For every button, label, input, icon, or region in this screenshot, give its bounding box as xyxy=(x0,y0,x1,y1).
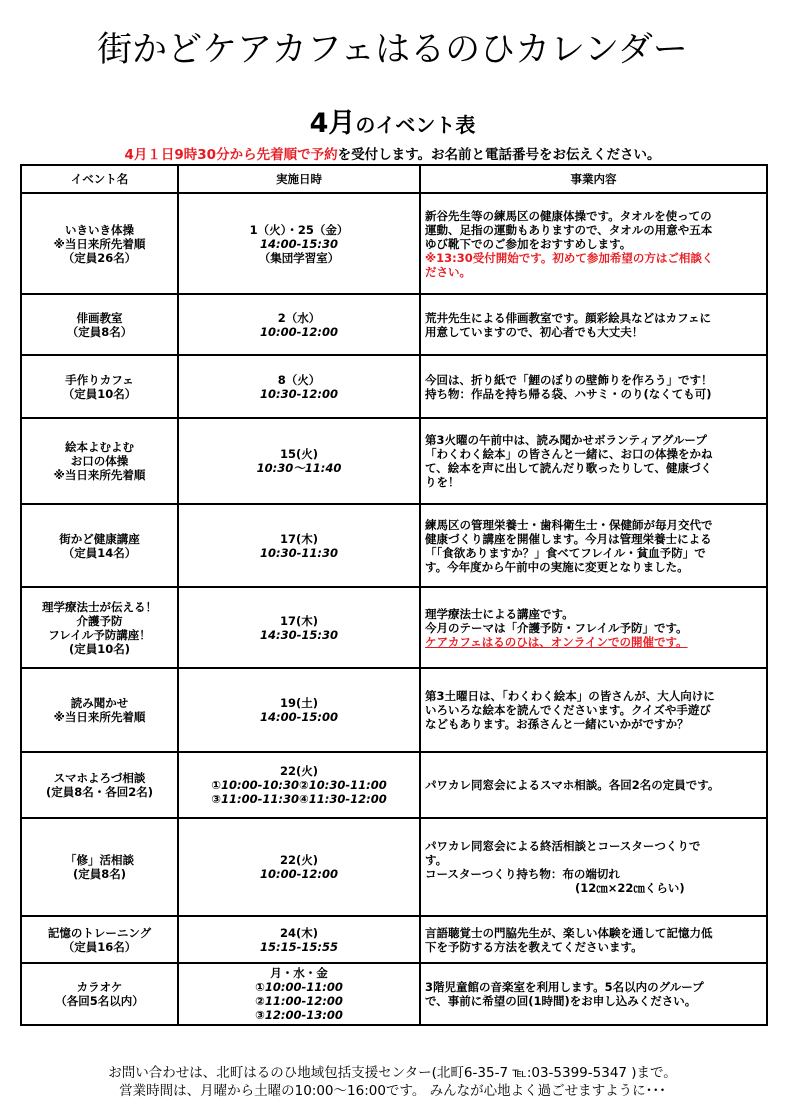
event-name: 絵本よむよむ xyxy=(26,440,173,454)
event-datetime-cell: 月・水・金 ①10:00-11:00 ②11:00-12:00 ③12:00-1… xyxy=(178,963,420,1025)
event-datetime-cell: 17(木) 10:30-11:30 xyxy=(178,504,420,587)
event-capacity: (定員10名) xyxy=(26,642,173,656)
event-name-cell: 記憶のトレーニング （定員16名） xyxy=(21,916,178,963)
event-name-cell: スマホよろづ相談 (定員8名・各回2名) xyxy=(21,752,178,818)
event-note: ※当日来所先着順 xyxy=(26,468,173,482)
column-header-event-name: イベント名 xyxy=(21,165,178,193)
event-datetime-cell: 17(木) 14:30-15:30 xyxy=(178,587,420,668)
event-capacity: (定員8名) xyxy=(26,867,173,881)
description-line: 理学療法士による講座です。 xyxy=(425,607,762,621)
description-line: いろいろな絵本を読んでくださいます。クイズや手遊び xyxy=(425,703,762,717)
table-row: 手作りカフェ （定員10名） 8（火） 10:30-12:00 今回は、折り紙で… xyxy=(21,355,767,418)
event-date: 22(火) xyxy=(183,764,415,778)
event-table-label: のイベント表 xyxy=(355,113,475,137)
event-time-slots: ①10:00-10:30②10:30-11:00 xyxy=(183,778,415,792)
event-date: 19(土) xyxy=(183,696,415,710)
event-capacity: (定員8名・各回2名) xyxy=(26,785,173,799)
description-line: パワカレ同窓会によるスマホ相談。各回2名の定員です。 xyxy=(425,778,762,792)
column-header-datetime: 実施日時 xyxy=(178,165,420,193)
event-name: 俳画教室 xyxy=(26,311,173,325)
event-description-cell: 3階児童館の音楽室を利用します。5名以内のグループ で、事前に希望の回(1時間)… xyxy=(420,963,767,1025)
event-date: 22(火) xyxy=(183,853,415,867)
reservation-notice-text: を受付します。お名前と電話番号をお伝えください。 xyxy=(338,147,661,163)
event-name: 理学療法士が伝える！ xyxy=(26,600,173,614)
event-time-slot: ①10:00-11:00 xyxy=(183,980,415,994)
description-line: す。 xyxy=(425,853,762,867)
table-row: スマホよろづ相談 (定員8名・各回2名) 22(火) ①10:00-10:30②… xyxy=(21,752,767,818)
event-capacity: （定員8名） xyxy=(26,325,173,339)
event-time-slots: ③11:00-11:30④11:30-12:00 xyxy=(183,792,415,806)
event-time: 10:30-11:30 xyxy=(183,546,415,560)
event-table: イベント名 実施日時 事業内容 いきいき体操 ※当日来所先着順 （定員26名） … xyxy=(20,164,768,1026)
event-name-cell: 街かど健康講座 （定員14名） xyxy=(21,504,178,587)
description-line: ゆび靴下でのご参加をおすすめします。 xyxy=(425,237,762,251)
event-time: 15:15-15:55 xyxy=(183,940,415,954)
event-name: 介護予防 xyxy=(26,614,173,628)
description-line: などもあります。お孫さんと一緒にいかがですか？ xyxy=(425,717,762,731)
event-time: 10:30～11:40 xyxy=(183,461,415,475)
table-row: カラオケ （各回5名以内） 月・水・金 ①10:00-11:00 ②11:00-… xyxy=(21,963,767,1025)
event-date: 1（火）・25（金） xyxy=(183,223,415,237)
description-line: 言語聴覚士の門脇先生が、楽しい体験を通して記憶力低 xyxy=(425,926,762,940)
table-row: 俳画教室 （定員8名） 2（水） 10:00-12:00 荒井先生による俳画教室… xyxy=(21,294,767,355)
event-name: スマホよろづ相談 xyxy=(26,771,173,785)
table-row: いきいき体操 ※当日来所先着順 （定員26名） 1（火）・25（金） 14:00… xyxy=(21,193,767,294)
description-line: す。今年度から午前中の実施に変更となりました。 xyxy=(425,560,762,574)
event-capacity: （定員26名） xyxy=(26,251,173,265)
event-name-cell: 手作りカフェ （定員10名） xyxy=(21,355,178,418)
event-name-cell: カラオケ （各回5名以内） xyxy=(21,963,178,1025)
event-time-slot: ②11:00-12:00 xyxy=(183,994,415,1008)
event-description-cell: 新谷先生等の練馬区の健康体操です。タオルを使っての 運動、足指の運動もありますの… xyxy=(420,193,767,294)
event-datetime-cell: 2（水） 10:00-12:00 xyxy=(178,294,420,355)
event-datetime-cell: 8（火） 10:30-12:00 xyxy=(178,355,420,418)
event-description-cell: 理学療法士による講座です。 今月のテーマは「介護予防・フレイル予防」です。 ケア… xyxy=(420,587,767,668)
event-note: ※当日来所先着順 xyxy=(26,710,173,724)
event-description-cell: 第3土曜日は、「わくわく絵本」の皆さんが、大人向けに いろいろな絵本を読んでくだ… xyxy=(420,668,767,752)
description-line: 第3土曜日は、「わくわく絵本」の皆さんが、大人向けに xyxy=(425,689,762,703)
event-description-cell: 今回は、折り紙で「鯉のぼりの壁飾りを作ろう」です！ 持ち物：作品を持ち帰る袋、ハ… xyxy=(420,355,767,418)
table-header-row: イベント名 実施日時 事業内容 xyxy=(21,165,767,193)
event-datetime-cell: 22(火) 10:00-12:00 xyxy=(178,818,420,916)
description-line: 用意していますので、初心者でも大丈夫！ xyxy=(425,325,762,339)
event-name-cell: 読み聞かせ ※当日来所先着順 xyxy=(21,668,178,752)
event-capacity: （各回5名以内） xyxy=(26,994,173,1008)
event-name-cell: 理学療法士が伝える！ 介護予防 フレイル予防講座！ (定員10名) xyxy=(21,587,178,668)
description-line: 運動、足指の運動もありますので、タオルの用意や五本 xyxy=(425,223,762,237)
event-name: 街かど健康講座 xyxy=(26,532,173,546)
contact-footer: お問い合わせは、北町はるのひ地域包括支援センター(北町6-35-7 ℡:03-5… xyxy=(0,1064,785,1100)
event-note: ※当日来所先着順 xyxy=(26,237,173,251)
event-name: 手作りカフェ xyxy=(26,373,173,387)
description-line: 練馬区の管理栄養士・歯科衛生士・保健師が毎月交代で xyxy=(425,518,762,532)
page-title: 街かどケアカフェはるのひカレンダー xyxy=(0,22,785,72)
table-row: 記憶のトレーニング （定員16名） 24(木) 15:15-15:55 言語聴覚… xyxy=(21,916,767,963)
event-time: 14:30-15:30 xyxy=(183,628,415,642)
event-name-cell: 俳画教室 （定員8名） xyxy=(21,294,178,355)
event-location: （集団学習室） xyxy=(183,251,415,265)
description-line: 健康づくり講座を開催します。今月は管理栄養士による xyxy=(425,532,762,546)
event-date: 17(木) xyxy=(183,532,415,546)
event-capacity: （定員10名） xyxy=(26,387,173,401)
event-datetime-cell: 1（火）・25（金） 14:00-15:30 （集団学習室） xyxy=(178,193,420,294)
business-hours: 営業時間は、月曜から土曜の10:00～16:00です。 みんなが心地よく過ごせま… xyxy=(0,1082,785,1100)
event-datetime-cell: 15(火) 10:30～11:40 xyxy=(178,418,420,504)
event-name-cell: 「修」活相談 (定員8名) xyxy=(21,818,178,916)
event-time: 14:00-15:00 xyxy=(183,710,415,724)
month-heading: 4月のイベント表 xyxy=(0,101,785,140)
reservation-notice-highlight: 4月１日9時30分から先着順で予約 xyxy=(125,147,338,163)
description-line: パワカレ同窓会による終活相談とコースターつくりで xyxy=(425,839,762,853)
description-line: (12㎝×22㎝くらい) xyxy=(425,881,762,895)
table-row: 「修」活相談 (定員8名) 22(火) 10:00-12:00 パワカレ同窓会に… xyxy=(21,818,767,916)
table-row: 理学療法士が伝える！ 介護予防 フレイル予防講座！ (定員10名) 17(木) … xyxy=(21,587,767,668)
description-line: 「わくわく絵本」の皆さんと一緒に、お口の体操をかね xyxy=(425,447,762,461)
event-name: 「修」活相談 xyxy=(26,853,173,867)
event-time: 10:30-12:00 xyxy=(183,387,415,401)
event-days: 月・水・金 xyxy=(183,966,415,980)
online-notice: ケアカフェはるのひは、オンラインでの開催です。 xyxy=(425,635,762,649)
description-line: コースターつくり持ち物：布の端切れ xyxy=(425,867,762,881)
description-warning: ※13:30受付開始です。初めて参加希望の方はご相談く xyxy=(425,251,762,265)
event-time: 10:00-12:00 xyxy=(183,325,415,339)
description-line: 荒井先生による俳画教室です。顔彩絵具などはカフェに xyxy=(425,311,762,325)
event-name: フレイル予防講座！ xyxy=(26,628,173,642)
event-time-slot: ③12:00-13:00 xyxy=(183,1008,415,1022)
table-row: 街かど健康講座 （定員14名） 17(木) 10:30-11:30 練馬区の管理… xyxy=(21,504,767,587)
description-line: て、絵本を声に出して読んだり歌ったりして、健康づく xyxy=(425,461,762,475)
description-warning: ださい。 xyxy=(425,265,762,279)
event-name: カラオケ xyxy=(26,980,173,994)
month-label: 4月 xyxy=(310,108,356,139)
table-row: 絵本よむよむ お口の体操 ※当日来所先着順 15(火) 10:30～11:40 … xyxy=(21,418,767,504)
event-datetime-cell: 24(木) 15:15-15:55 xyxy=(178,916,420,963)
event-date: 2（水） xyxy=(183,311,415,325)
event-date: 8（火） xyxy=(183,373,415,387)
event-name-cell: 絵本よむよむ お口の体操 ※当日来所先着順 xyxy=(21,418,178,504)
event-datetime-cell: 22(火) ①10:00-10:30②10:30-11:00 ③11:00-11… xyxy=(178,752,420,818)
description-line: 下を予防する方法を教えてくださいます。 xyxy=(425,940,762,954)
event-description-cell: 荒井先生による俳画教室です。顔彩絵具などはカフェに 用意していますので、初心者で… xyxy=(420,294,767,355)
description-line: 3階児童館の音楽室を利用します。5名以内のグループ xyxy=(425,980,762,994)
event-name: いきいき体操 xyxy=(26,223,173,237)
description-line: 今月のテーマは「介護予防・フレイル予防」です。 xyxy=(425,621,762,635)
description-line: 第3火曜の午前中は、読み聞かせボランティアグループ xyxy=(425,433,762,447)
contact-info: お問い合わせは、北町はるのひ地域包括支援センター(北町6-35-7 ℡:03-5… xyxy=(0,1064,785,1082)
description-line: で、事前に希望の回(1時間)をお申し込みください。 xyxy=(425,994,762,1008)
event-capacity: （定員14名） xyxy=(26,546,173,560)
event-name: 読み聞かせ xyxy=(26,696,173,710)
event-date: 15(火) xyxy=(183,447,415,461)
event-time: 10:00-12:00 xyxy=(183,867,415,881)
event-description-cell: パワカレ同窓会によるスマホ相談。各回2名の定員です。 xyxy=(420,752,767,818)
description-line: 今回は、折り紙で「鯉のぼりの壁飾りを作ろう」です！ xyxy=(425,373,762,387)
event-description-cell: 練馬区の管理栄養士・歯科衛生士・保健師が毎月交代で 健康づくり講座を開催します。… xyxy=(420,504,767,587)
event-datetime-cell: 19(土) 14:00-15:00 xyxy=(178,668,420,752)
reservation-notice: 4月１日9時30分から先着順で予約を受付します。お名前と電話番号をお伝えください… xyxy=(0,143,785,163)
event-description-cell: 言語聴覚士の門脇先生が、楽しい体験を通して記憶力低 下を予防する方法を教えてくだ… xyxy=(420,916,767,963)
description-line: 持ち物：作品を持ち帰る袋、ハサミ・のり(なくても可) xyxy=(425,387,762,401)
event-date: 24(木) xyxy=(183,926,415,940)
event-description-cell: パワカレ同窓会による終活相談とコースターつくりで す。 コースターつくり持ち物：… xyxy=(420,818,767,916)
event-description-cell: 第3火曜の午前中は、読み聞かせボランティアグループ 「わくわく絵本」の皆さんと一… xyxy=(420,418,767,504)
event-capacity: （定員16名） xyxy=(26,940,173,954)
table-row: 読み聞かせ ※当日来所先着順 19(土) 14:00-15:00 第3土曜日は、… xyxy=(21,668,767,752)
description-line: 新谷先生等の練馬区の健康体操です。タオルを使っての xyxy=(425,209,762,223)
description-line: 「「食欲ありますか？」食べてフレイル・貧血予防」で xyxy=(425,546,762,560)
description-line: りを！ xyxy=(425,475,762,489)
event-date: 17(木) xyxy=(183,614,415,628)
event-time: 14:00-15:30 xyxy=(183,237,415,251)
event-name-cell: いきいき体操 ※当日来所先着順 （定員26名） xyxy=(21,193,178,294)
event-name: 記憶のトレーニング xyxy=(26,926,173,940)
column-header-description: 事業内容 xyxy=(420,165,767,193)
event-name: お口の体操 xyxy=(26,454,173,468)
